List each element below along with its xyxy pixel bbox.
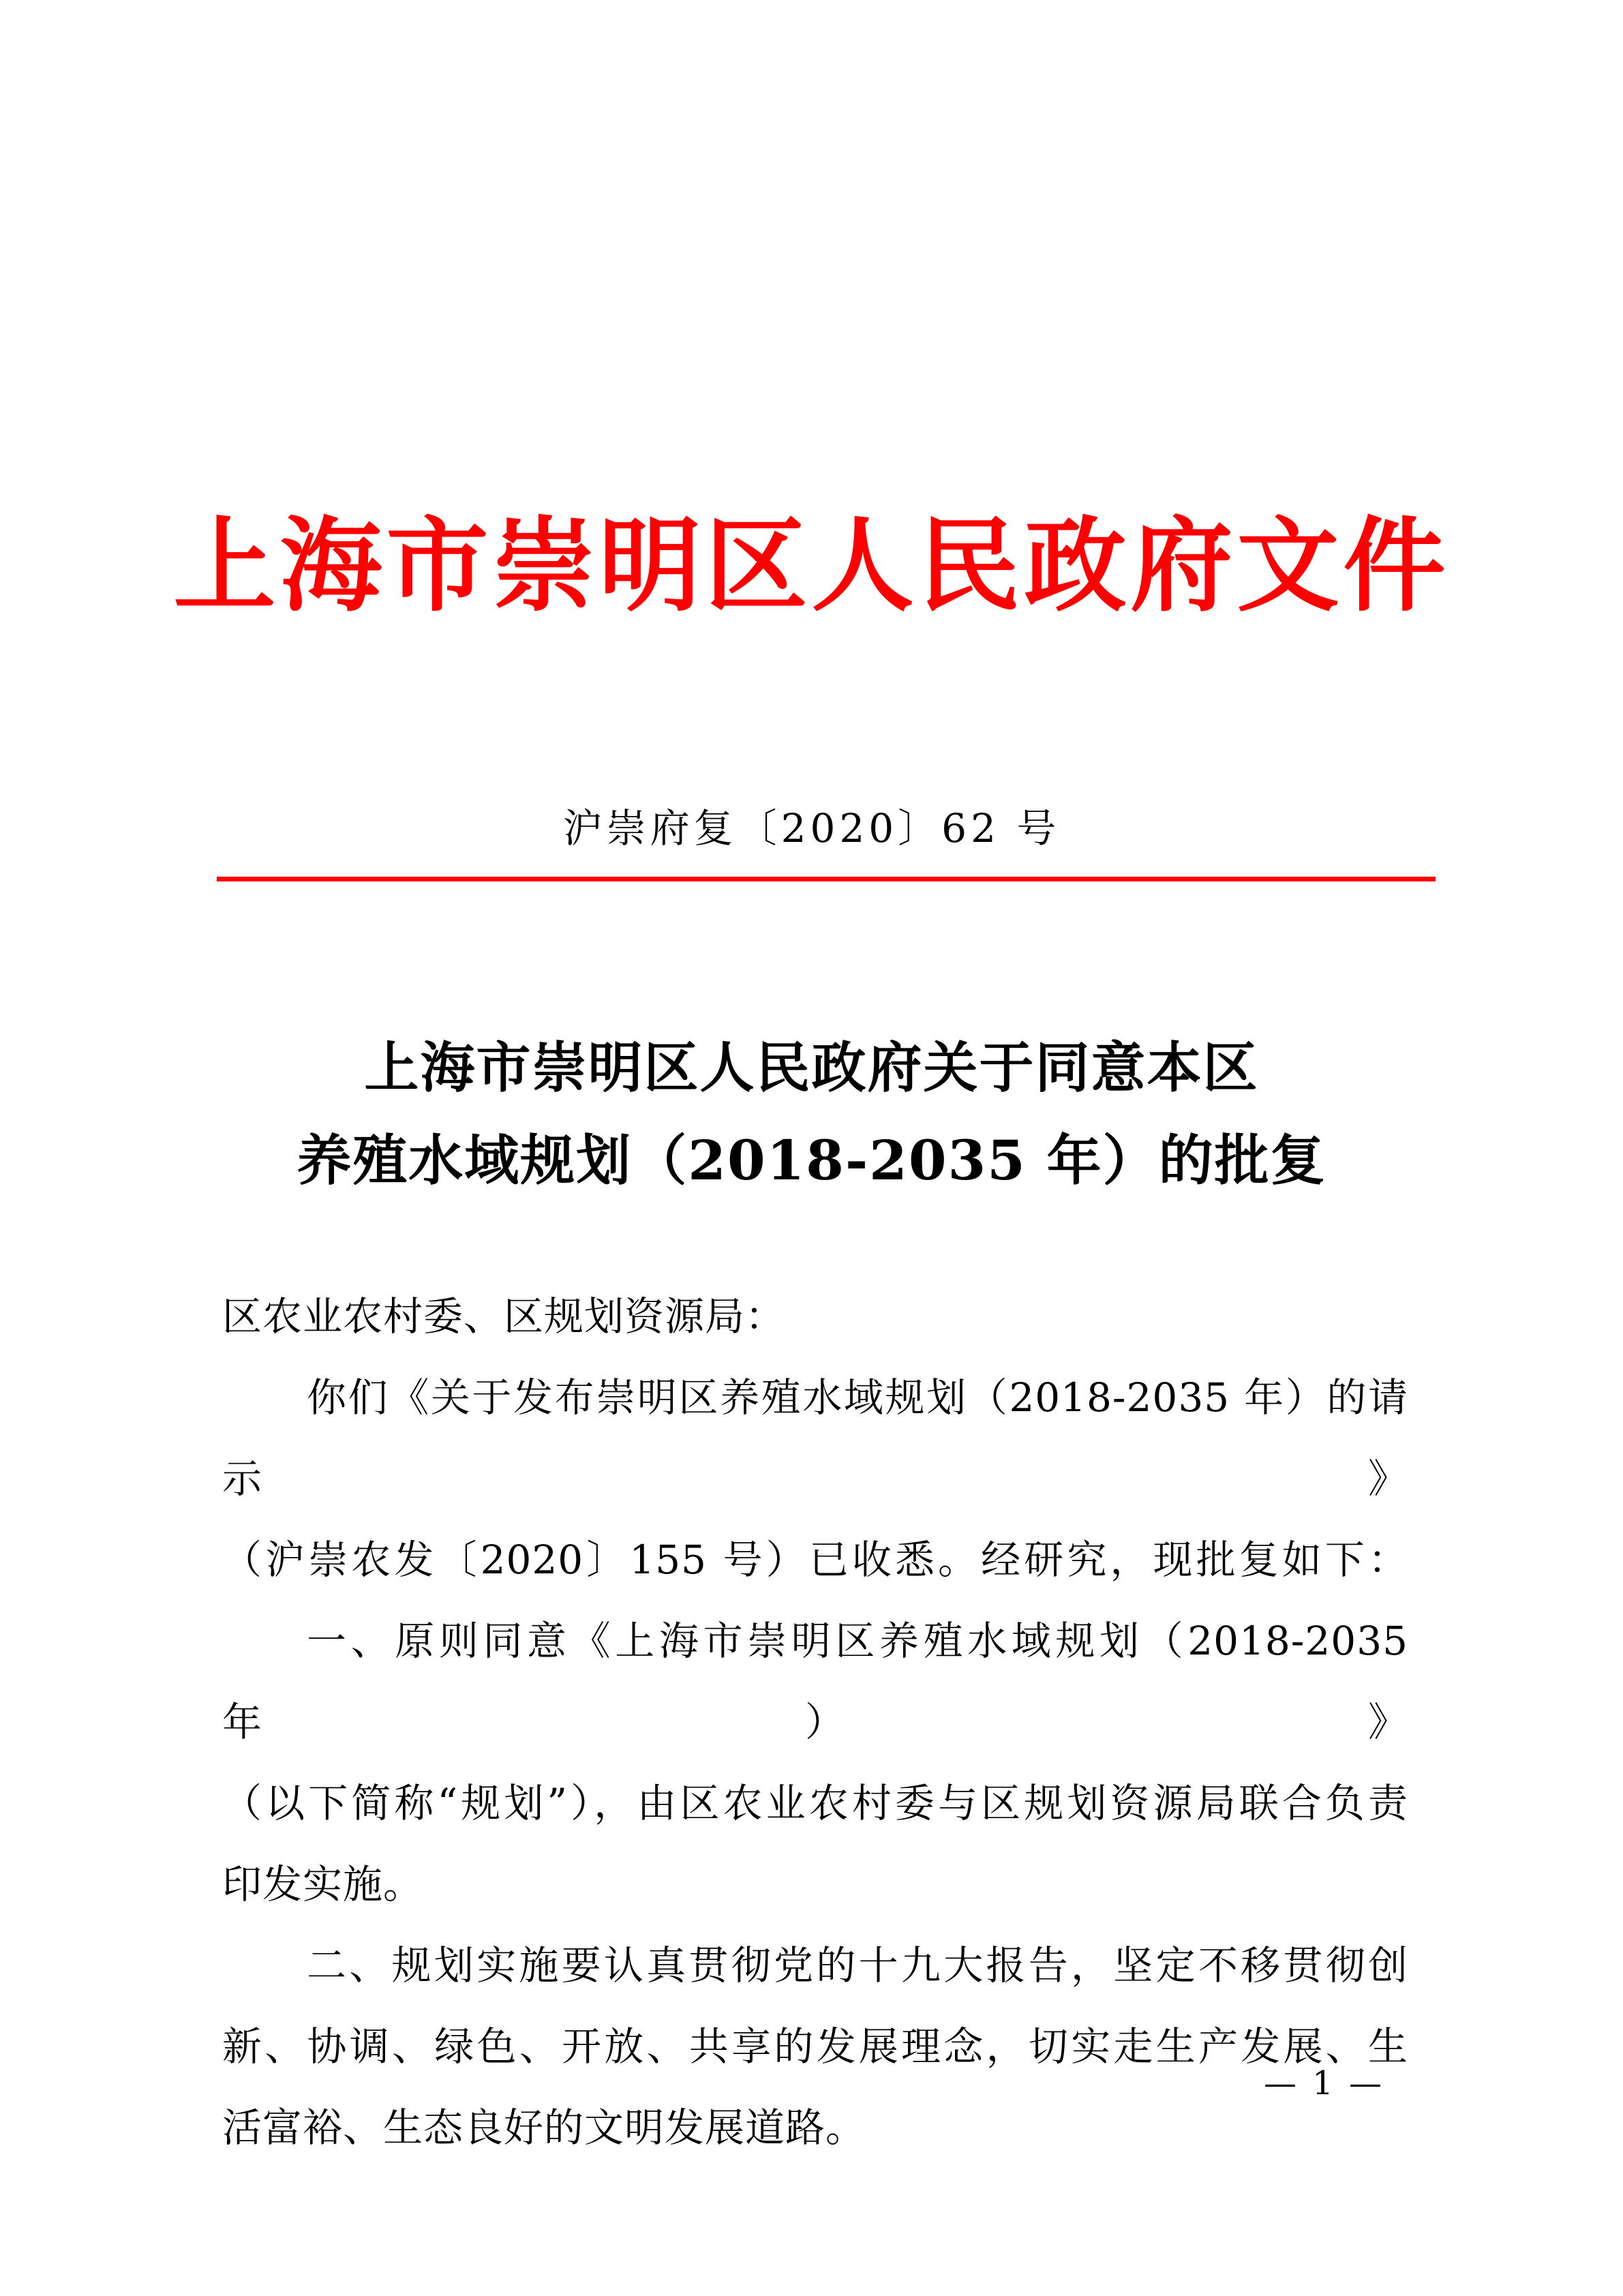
document-number: 沪崇府复〔2020〕62 号 [0,796,1623,854]
body-line: （沪崇农发〔2020〕155 号）已收悉。经研究，现批复如下： [222,1520,1408,1601]
document-body: 区农业农村委、区规划资源局： 你们《关于发布崇明区养殖水域规划（2018-203… [222,1276,1408,2169]
document-title-line-2: 养殖水域规划（2018-2035 年）的批复 [0,1114,1623,1207]
document-title-line-1: 上海市崇明区人民政府关于同意本区 [0,1021,1623,1114]
red-divider-line [217,877,1436,881]
document-title: 上海市崇明区人民政府关于同意本区 养殖水域规划（2018-2035 年）的批复 [0,1021,1623,1207]
body-line: 新、协调、绿色、开放、共享的发展理念，切实走生产发展、生 [222,2006,1408,2087]
body-line: 活富裕、生态良好的文明发展道路。 [222,2087,1408,2169]
body-line: 你们《关于发布崇明区养殖水域规划（2018-2035 年）的请示》 [222,1357,1408,1520]
page-number: — 1 — [1264,2064,1384,2102]
body-line: （以下简称“规划”），由区农业农村委与区规划资源局联合负责 [222,1763,1408,1844]
body-line: 二、规划实施要认真贯彻党的十九大报告，坚定不移贯彻创 [222,1925,1408,2006]
body-line-salutation: 区农业农村委、区规划资源局： [222,1276,1408,1357]
body-line: 一、原则同意《上海市崇明区养殖水域规划（2018-2035 年）》 [222,1601,1408,1763]
document-page: 上海市崇明区人民政府文件 沪崇府复〔2020〕62 号 上海市崇明区人民政府关于… [0,0,1623,2296]
red-header-org-title: 上海市崇明区人民政府文件 [0,513,1623,620]
body-line: 印发实施。 [222,1844,1408,1925]
